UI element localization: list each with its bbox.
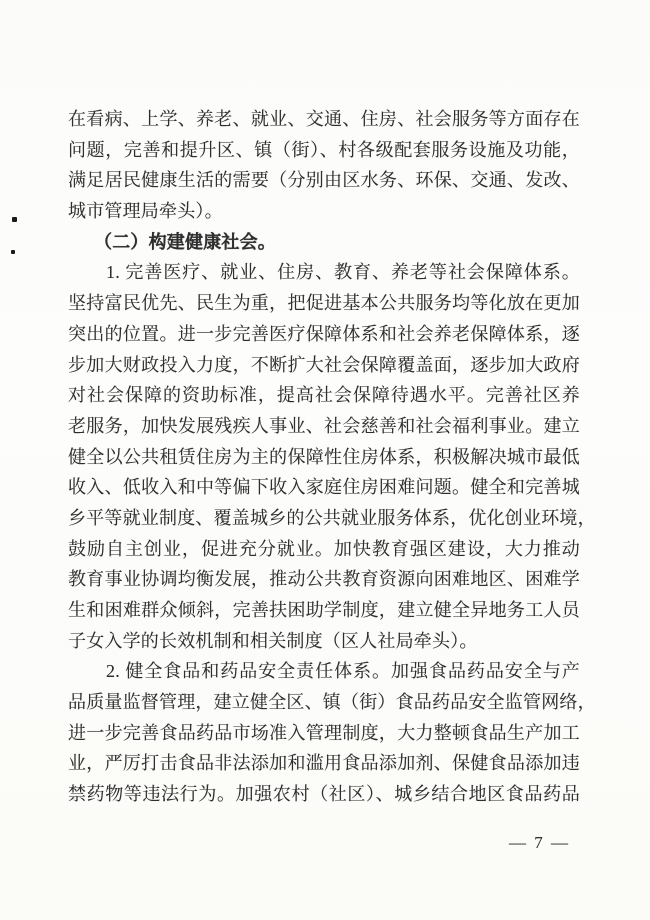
- text-line: 坚持富民优先、民生为重，把促进基本公共服务均等化放在更加: [68, 288, 580, 319]
- text-line: 老服务，加快发展残疾人事业、社会慈善和社会福利事业。建立: [68, 411, 580, 442]
- page-number: — 7 —: [509, 833, 570, 853]
- text-line: 突出的位置。进一步完善医疗保障体系和社会养老保障体系，逐: [68, 319, 580, 350]
- text-line: 教育事业协调均衡发展，推动公共教育资源向困难地区、困难学: [68, 564, 580, 595]
- text-line: 品质量监督管理，建立健全区、镇（街）食品药品安全监管网络，: [68, 687, 580, 718]
- document-page: 在看病、上学、养老、就业、交通、住房、社会服务等方面存在 问题，完善和提升区、镇…: [0, 0, 650, 920]
- text-line: 子女入学的长效机制和相关制度（区人社局牵头）。: [68, 626, 580, 657]
- text-line: 生和困难群众倾斜，完善扶困助学制度，建立健全异地务工人员: [68, 595, 580, 626]
- text-line: 满足居民健康生活的需要（分别由区水务、环保、交通、发改、: [68, 165, 580, 196]
- text-line: 在看病、上学、养老、就业、交通、住房、社会服务等方面存在: [68, 104, 580, 135]
- text-line: 进一步完善食品药品市场准入管理制度，大力整顿食品生产加工: [68, 718, 580, 749]
- section-heading: （二）构建健康社会。: [68, 227, 580, 258]
- text-line: 收入、低收入和中等偏下收入家庭住房困难问题。健全和完善城: [68, 472, 580, 503]
- body-text-block: 在看病、上学、养老、就业、交通、住房、社会服务等方面存在 问题，完善和提升区、镇…: [68, 104, 580, 810]
- text-line: 禁药物等违法行为。加强农村（社区）、城乡结合地区食品药品: [68, 779, 580, 810]
- scan-artifact-dot: [11, 250, 15, 254]
- list-item-first-line: 1. 完善医疗、就业、住房、教育、养老等社会保障体系。: [68, 257, 580, 288]
- text-line: 乡平等就业制度、覆盖城乡的公共就业服务体系，优化创业环境，: [68, 503, 580, 534]
- scan-artifact-dot: [12, 217, 17, 222]
- text-line: 健全以公共租赁住房为主的保障性住房体系，积极解决城市最低: [68, 442, 580, 473]
- text-line: 步加大财政投入力度，不断扩大社会保障覆盖面，逐步加大政府: [68, 350, 580, 381]
- text-line: 城市管理局牵头）。: [68, 196, 580, 227]
- text-line: 对社会保障的资助标准，提高社会保障待遇水平。完善社区养: [68, 380, 580, 411]
- text-line: 鼓励自主创业，促进充分就业。加快教育强区建设，大力推动: [68, 534, 580, 565]
- list-item-first-line: 2. 健全食品和药品安全责任体系。加强食品药品安全与产: [68, 656, 580, 687]
- text-line: 问题，完善和提升区、镇（街）、村各级配套服务设施及功能，: [68, 135, 580, 166]
- text-line: 业，严厉打击食品非法添加和滥用食品添加剂、保健食品添加违: [68, 748, 580, 779]
